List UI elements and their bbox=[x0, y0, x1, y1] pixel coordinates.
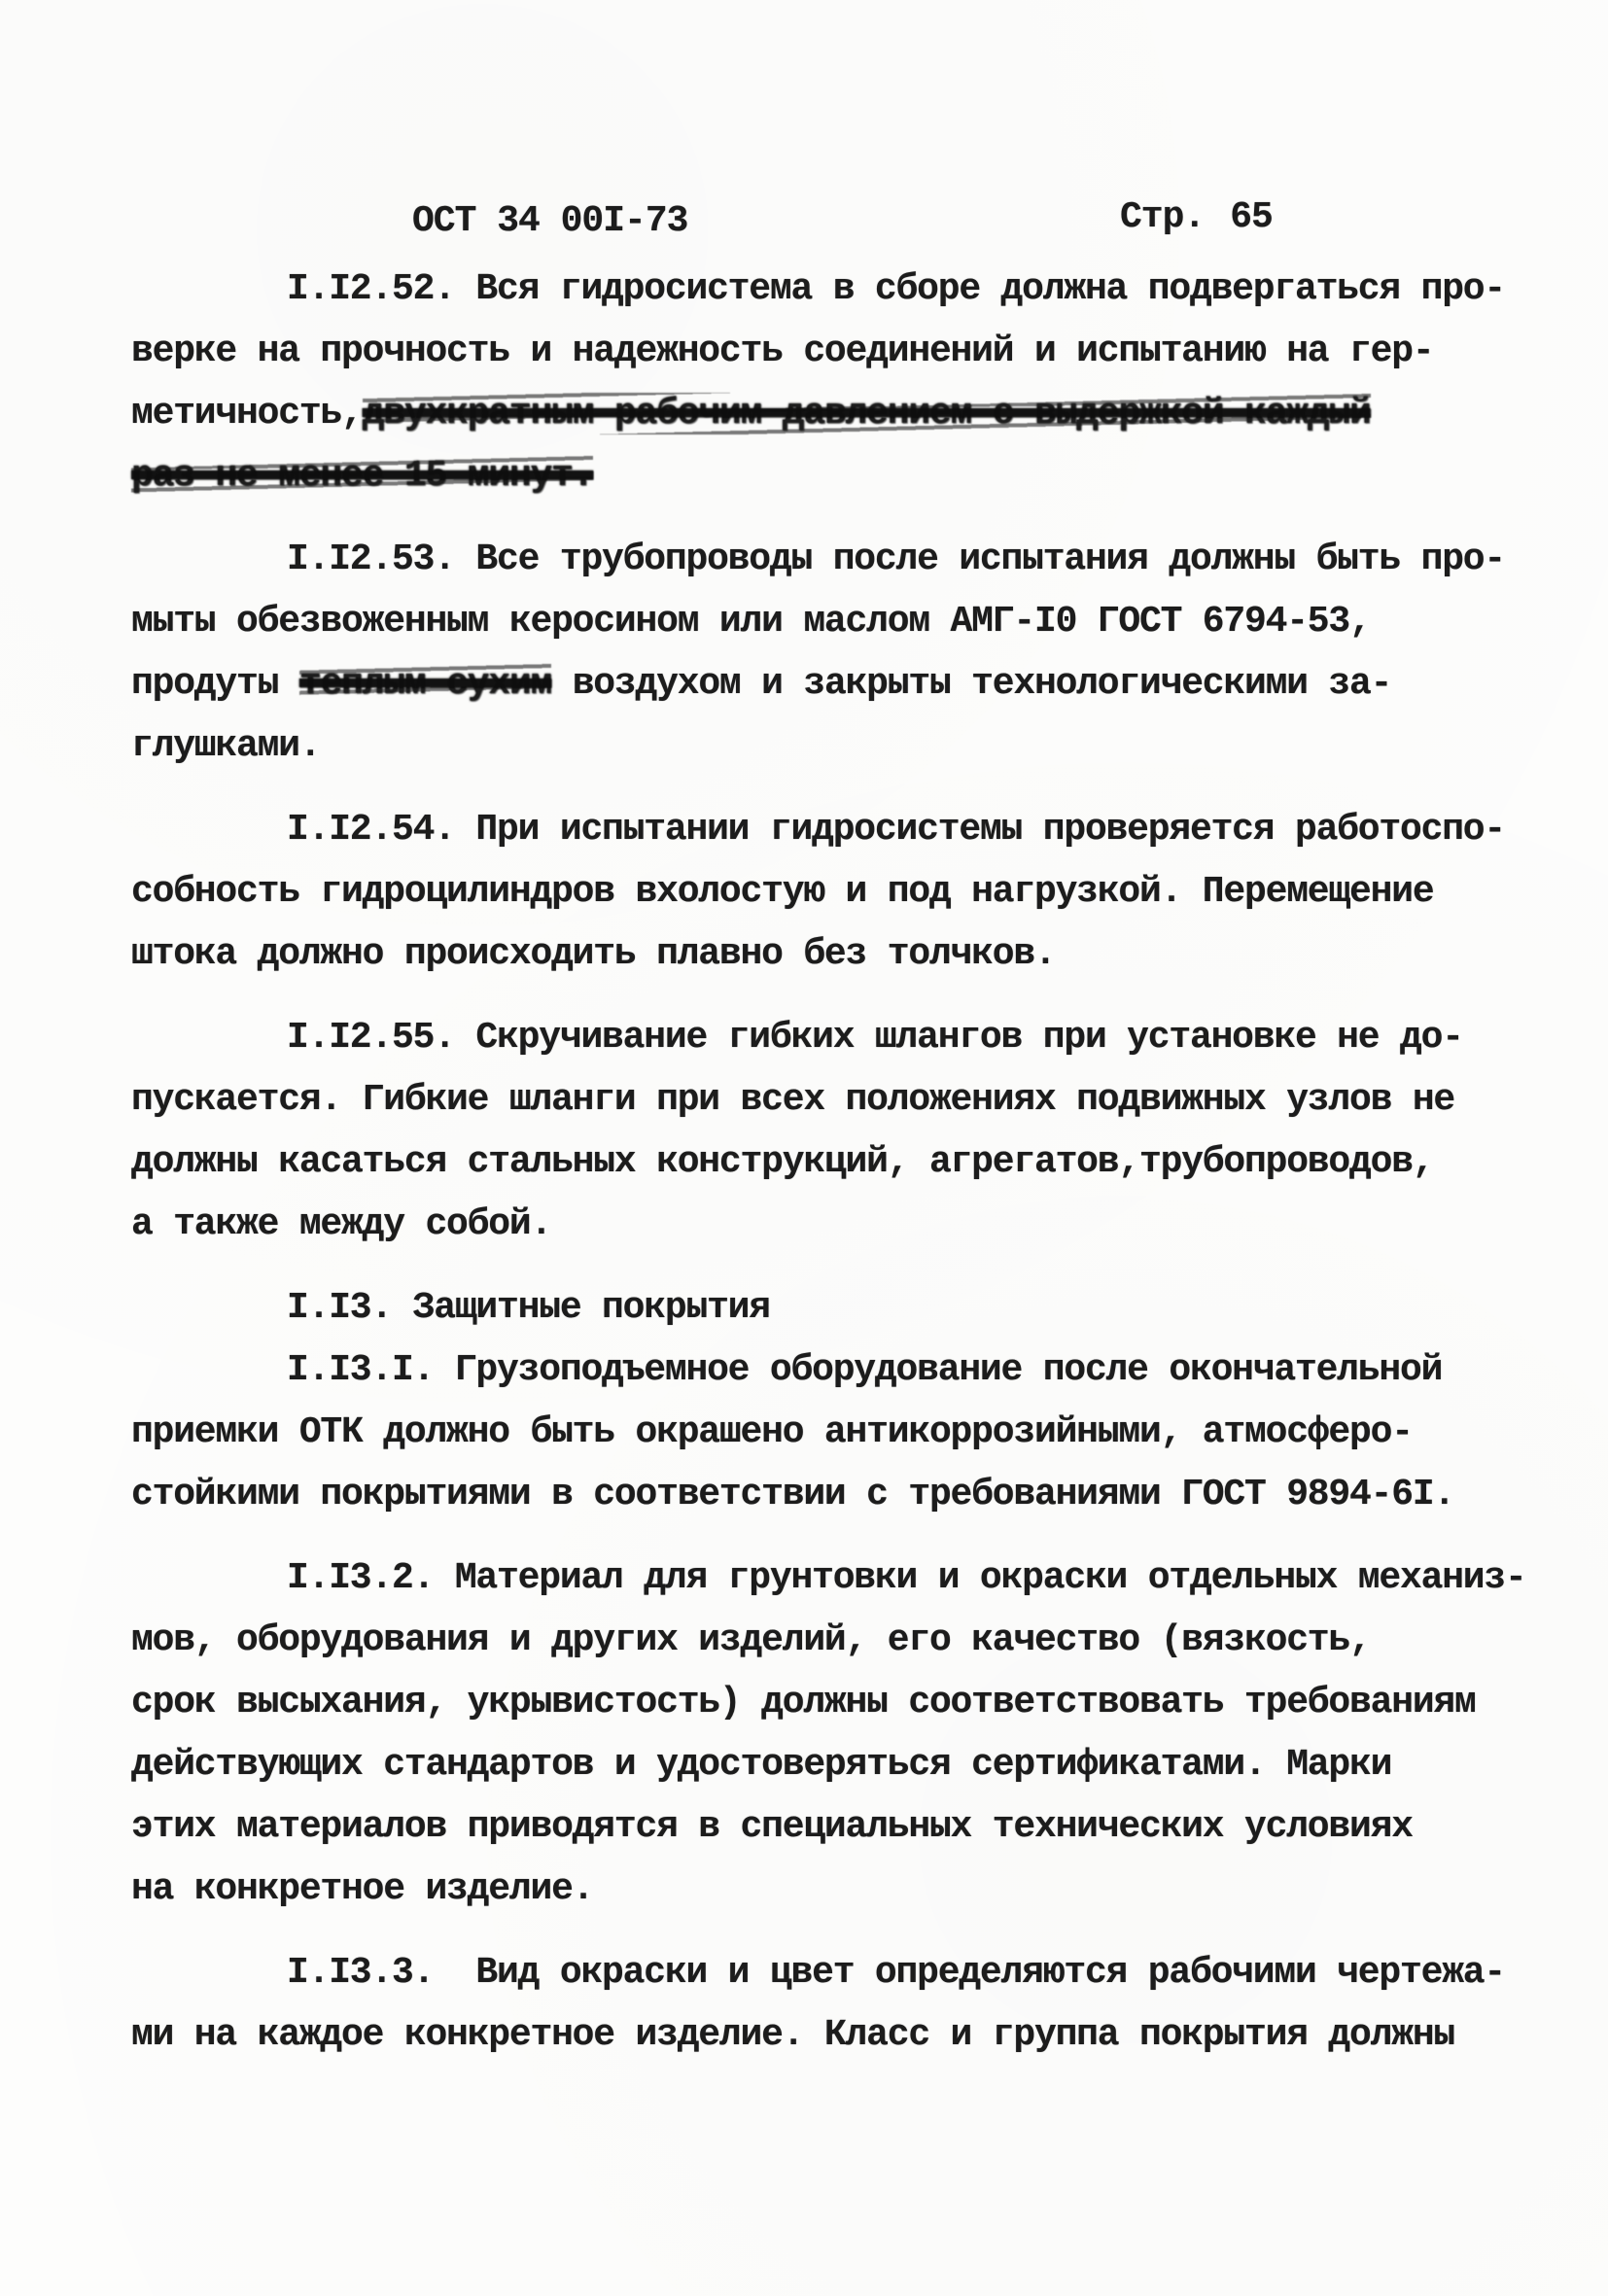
page-label: Стр. bbox=[1120, 196, 1205, 238]
text-line: продуты теплым сухим воздухом и закрыты … bbox=[131, 653, 1512, 715]
text-segment: стойкими покрытиями в соответствии с тре… bbox=[131, 1474, 1454, 1515]
text-segment: действующих стандартов и удостоверяться … bbox=[131, 1744, 1391, 1786]
text-segment: на конкретное изделие. bbox=[131, 1868, 593, 1910]
text-segment: ми на каждое конкретное изделие. Класс и… bbox=[131, 2014, 1454, 2056]
text-segment: этих материалов приводятся в специальных… bbox=[131, 1806, 1413, 1848]
text-line: I.I2.52. Вся гидросистема в сборе должна… bbox=[131, 259, 1512, 321]
text-line: а также между собой. bbox=[131, 1194, 1512, 1256]
text-segment: I.I3.2. Материал для грунтовки и окраски… bbox=[287, 1557, 1526, 1599]
text-line: стойкими покрытиями в соответствии с тре… bbox=[131, 1464, 1512, 1526]
text-segment: I.I2.53. Все трубопроводы после испытани… bbox=[287, 539, 1505, 580]
scanned-document-page: ОСТ 34 00I-73 Стр.65 I.I2.52. Вся гидрос… bbox=[0, 0, 1608, 2296]
text-segment: приемки ОТК должно быть окрашено антикор… bbox=[131, 1411, 1413, 1453]
text-segment: I.I2.54. При испытании гидросистемы пров… bbox=[287, 809, 1505, 851]
struck-text: двухкратным рабочим давлением с выдержко… bbox=[363, 393, 1371, 435]
page-reference: Стр.65 bbox=[1120, 196, 1273, 238]
text-line: I.I3.I. Грузоподъемное оборудование посл… bbox=[131, 1339, 1512, 1402]
struck-text: теплым сухим bbox=[299, 663, 551, 705]
text-segment: I.I3.I. Грузоподъемное оборудование посл… bbox=[287, 1349, 1442, 1391]
text-segment: штока должно происходить плавно без толч… bbox=[131, 933, 1056, 975]
document-number: ОСТ 34 00I-73 bbox=[412, 200, 687, 242]
text-line: ми на каждое конкретное изделие. Класс и… bbox=[131, 2004, 1512, 2067]
text-line: мов, оборудования и других изделий, его … bbox=[131, 1610, 1512, 1672]
text-line: I.I2.53. Все трубопроводы после испытани… bbox=[131, 529, 1512, 591]
page-number: 65 bbox=[1230, 196, 1273, 238]
struck-text: раз не менее 15 минут. bbox=[131, 455, 593, 497]
text-line: действующих стандартов и удостоверяться … bbox=[131, 1734, 1512, 1796]
text-line: I.I3.3. Вид окраски и цвет определяются … bbox=[131, 1942, 1512, 2004]
text-segment: пускается. Гибкие шланги при всех положе… bbox=[131, 1079, 1454, 1121]
text-segment: а также между собой. bbox=[131, 1203, 551, 1245]
text-segment: I.I3.3. Вид окраски и цвет определяются … bbox=[287, 1952, 1505, 1994]
text-segment: срок высыхания, укрывистость) должны соо… bbox=[131, 1682, 1476, 1723]
text-line: штока должно происходить плавно без толч… bbox=[131, 923, 1512, 986]
document-body: I.I2.52. Вся гидросистема в сборе должна… bbox=[131, 259, 1512, 2088]
text-line: приемки ОТК должно быть окрашено антикор… bbox=[131, 1402, 1512, 1464]
text-segment: I.I2.55. Скручивание гибких шлангов при … bbox=[287, 1017, 1463, 1059]
clause-1-12-55: I.I2.55. Скручивание гибких шлангов при … bbox=[131, 1007, 1512, 1256]
text-line: I.I3.2. Материал для грунтовки и окраски… bbox=[131, 1548, 1512, 1610]
text-segment: мов, оборудования и других изделий, его … bbox=[131, 1619, 1371, 1661]
text-line: пускается. Гибкие шланги при всех положе… bbox=[131, 1069, 1512, 1131]
text-line: должны касаться стальных конструкций, аг… bbox=[131, 1131, 1512, 1194]
text-line: собность гидроцилиндров вхолостую и под … bbox=[131, 861, 1512, 923]
text-segment: I.I3. Защитные покрытия bbox=[287, 1287, 770, 1329]
text-segment: метичность, bbox=[131, 393, 363, 435]
text-line: глушками. bbox=[131, 715, 1512, 778]
clause-1-13-2: I.I3.2. Материал для грунтовки и окраски… bbox=[131, 1548, 1512, 1921]
text-line: этих материалов приводятся в специальных… bbox=[131, 1796, 1512, 1859]
text-line: раз не менее 15 минут. bbox=[131, 445, 1512, 507]
text-line: верке на прочность и надежность соединен… bbox=[131, 321, 1512, 383]
text-line: срок высыхания, укрывистость) должны соо… bbox=[131, 1672, 1512, 1734]
text-segment: собность гидроцилиндров вхолостую и под … bbox=[131, 871, 1433, 913]
text-line: метичность,двухкратным рабочим давлением… bbox=[131, 383, 1512, 445]
text-line: на конкретное изделие. bbox=[131, 1859, 1512, 1921]
text-segment: воздухом и закрыты технологическими за- bbox=[551, 663, 1391, 705]
clause-1-13-3: I.I3.3. Вид окраски и цвет определяются … bbox=[131, 1942, 1512, 2067]
clause-1-12-54: I.I2.54. При испытании гидросистемы пров… bbox=[131, 799, 1512, 986]
text-segment: продуты bbox=[131, 663, 299, 705]
text-segment: верке на прочность и надежность соединен… bbox=[131, 330, 1433, 372]
text-segment: I.I2.52. Вся гидросистема в сборе должна… bbox=[287, 268, 1505, 310]
clause-1-13-1: I.I3.I. Грузоподъемное оборудование посл… bbox=[131, 1339, 1512, 1526]
text-line: мыты обезвоженным керосином или маслом А… bbox=[131, 591, 1512, 653]
text-segment: должны касаться стальных конструкций, аг… bbox=[131, 1141, 1433, 1183]
text-line: I.I2.54. При испытании гидросистемы пров… bbox=[131, 799, 1512, 861]
text-segment: мыты обезвоженным керосином или маслом А… bbox=[131, 601, 1371, 643]
section-heading-1-13: I.I3. Защитные покрытия bbox=[131, 1277, 1512, 1339]
text-segment: глушками. bbox=[131, 725, 320, 767]
text-line: I.I3. Защитные покрытия bbox=[131, 1277, 1512, 1339]
clause-1-12-53: I.I2.53. Все трубопроводы после испытани… bbox=[131, 529, 1512, 778]
clause-1-12-52: I.I2.52. Вся гидросистема в сборе должна… bbox=[131, 259, 1512, 507]
text-line: I.I2.55. Скручивание гибких шлангов при … bbox=[131, 1007, 1512, 1069]
